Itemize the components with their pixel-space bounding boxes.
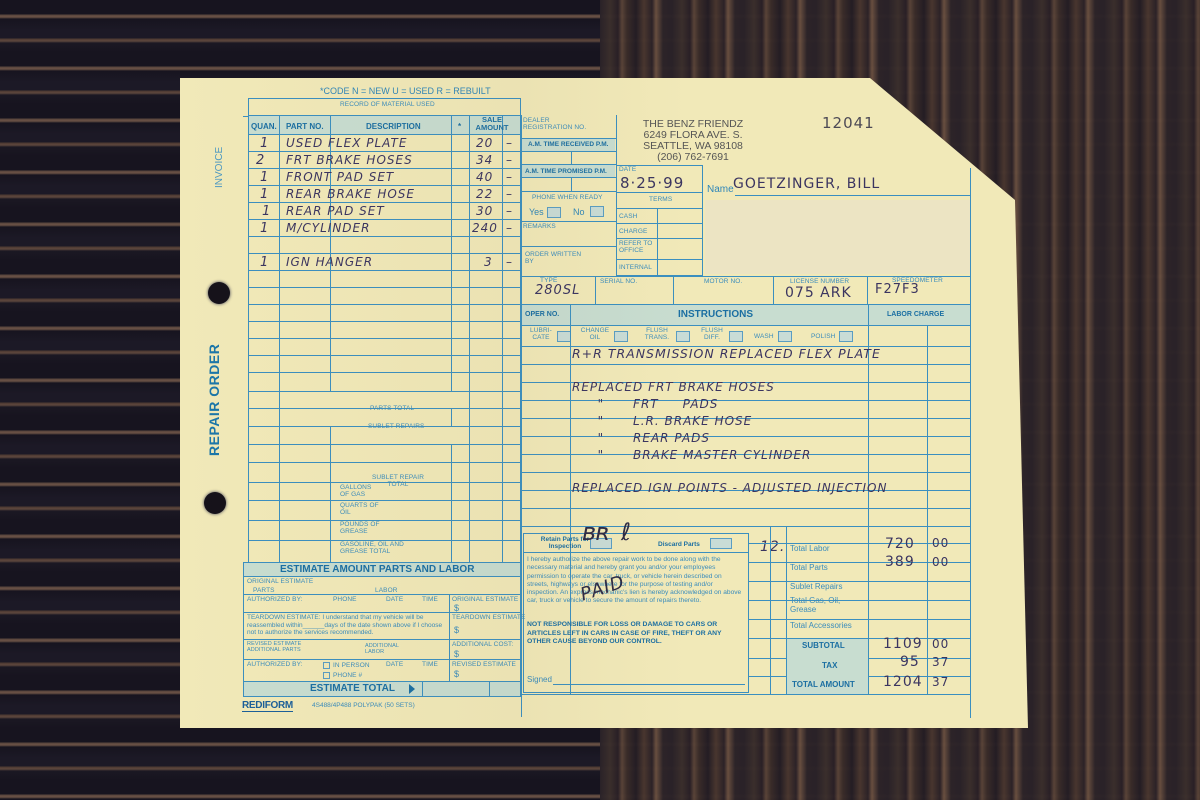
instruction-line: " REAR PADS (588, 431, 710, 445)
wash-checkbox[interactable] (778, 331, 792, 342)
punch-hole-bottom (204, 492, 226, 514)
in-person-checkbox[interactable] (323, 662, 330, 669)
no-label: No (573, 207, 585, 217)
subtotal-cents: 00 (932, 637, 949, 651)
revised-estimate-label: REVISED ESTIMATE ADDITIONAL PARTS (247, 642, 307, 654)
col-code: * (458, 122, 461, 131)
order-written-by-label: ORDER WRITTEN BY (525, 252, 585, 266)
name-label: Name (707, 184, 734, 195)
instruction-line: " FRT PADS (588, 397, 718, 411)
license-value: 075 ARK (785, 285, 852, 301)
form-code: 4S488/4P488 POLYPAK (50 SETS) (312, 702, 415, 709)
invoice-side-label: INVOICE (214, 147, 225, 188)
instruction-line: " L.R. BRAKE HOSE (588, 414, 752, 428)
lubricate-checkbox[interactable] (557, 331, 571, 342)
total-amount-cents: 37 (932, 675, 949, 689)
discard-parts-checkbox[interactable] (710, 538, 732, 549)
original-estimate-label: ORIGINAL ESTIMATE (247, 579, 313, 586)
instruction-line: REPLACED FRT BRAKE HOSES (572, 380, 775, 394)
additional-labor-label: ADDITIONAL LABOR (365, 644, 410, 656)
original-estimate-right-label: ORIGINAL ESTIMATE (452, 597, 518, 604)
type-value: 280SL (535, 283, 580, 298)
phone-label: PHONE (333, 597, 357, 604)
discard-parts-label: Discard Parts (658, 541, 700, 548)
dealer-registration-label: DEALER REGISTRATION NO. (523, 118, 593, 132)
subtotal-dollars: 1109 (883, 636, 923, 652)
total-labor-cents: 00 (932, 536, 949, 550)
punch-hole-top (208, 282, 230, 304)
pounds-grease-label: POUNDS OF GREASE (340, 522, 390, 536)
record-title: RECORD OF MATERIAL USED (340, 102, 435, 109)
total-gas-label: Total Gas, Oil, Grease (790, 596, 860, 614)
shop-info: THE BENZ FRIENDZ 6249 FLORA AVE. S. SEAT… (628, 119, 758, 163)
total-parts-cents: 00 (932, 555, 949, 569)
margin-note: 12. (760, 539, 785, 555)
charge-label: CHARGE (619, 229, 647, 236)
estimate-header: ESTIMATE AMOUNT PARTS AND LABOR (280, 564, 474, 575)
sublet-repairs-label: SUBLET REPAIRS (368, 424, 424, 431)
date-label: DATE (386, 597, 403, 604)
oper-no-label: OPER NO. (525, 311, 559, 318)
in-person-label: IN PERSON (333, 663, 370, 670)
total-labor-label: Total Labor (790, 544, 830, 554)
internal-label: INTERNAL (619, 265, 652, 272)
instruction-line: " BRAKE MASTER CYLINDER (588, 448, 811, 462)
polish-checkbox[interactable] (839, 331, 853, 342)
refer-to-office-label: REFER TO OFFICE (619, 241, 655, 255)
remarks-label: REMARKS (523, 224, 556, 231)
no-checkbox[interactable] (590, 206, 604, 217)
tax-dollars: 95 (900, 654, 920, 670)
total-amount-label: TOTAL AMOUNT (792, 680, 855, 689)
flush-diff-checkbox[interactable] (729, 331, 743, 342)
dollar-sign: $ (454, 670, 459, 679)
arrow-right-icon (409, 684, 415, 694)
customer-name: GOETZINGER, BILL (733, 176, 880, 192)
yes-label: Yes (529, 207, 544, 217)
change-oil-label: CHANGE OIL (580, 328, 610, 342)
flush-diff-label: FLUSH DIFF. (700, 328, 724, 342)
tax-label: TAX (822, 661, 837, 670)
flush-trans-label: FLUSH TRANS. (643, 328, 671, 342)
teardown-estimate-label: TEARDOWN ESTIMATE (452, 615, 525, 622)
polish-label: POLISH (811, 334, 835, 341)
date-label-2: DATE (386, 662, 403, 669)
total-amount-dollars: 1204 (883, 674, 923, 690)
terms-label: TERMS (649, 197, 672, 204)
dollar-sign: $ (454, 626, 459, 635)
total-accessories-label: Total Accessories (790, 621, 852, 631)
change-oil-checkbox[interactable] (614, 331, 628, 342)
flush-trans-checkbox[interactable] (676, 331, 690, 342)
teardown-text: TEARDOWN ESTIMATE: I understand that my … (247, 614, 447, 637)
col-quan: QUAN. (251, 122, 277, 131)
parts-total-label: PARTS TOTAL (370, 406, 414, 413)
instruction-line: REPLACED IGN POINTS - ADJUSTED INJECTION (572, 481, 887, 495)
col-part-no: PART NO. (286, 122, 324, 131)
labor-charge-header: LABOR CHARGE (887, 311, 944, 318)
date-value: 8·25·99 (620, 174, 684, 192)
gallons-gas-label: GALLONS OF GAS (340, 485, 380, 499)
wash-label: WASH (754, 334, 774, 341)
quarts-oil-label: QUARTS OF OIL (340, 503, 380, 517)
total-labor-dollars: 720 (885, 536, 915, 552)
redacted-address (705, 200, 970, 274)
tax-cents: 37 (932, 655, 949, 669)
date-field-label: DATE (619, 167, 636, 174)
col-sale-amount: SALE AMOUNT (473, 116, 511, 132)
time-label-2: TIME (422, 662, 438, 669)
speedometer-value: F27F3 (875, 282, 920, 297)
authorization-text: I hereby authorize the above repair work… (527, 556, 745, 606)
col-description: DESCRIPTION (366, 122, 421, 131)
lubricate-label: LUBRI-CATE (530, 328, 552, 342)
serial-label: SERIAL NO. (600, 279, 637, 286)
repair-order-side-label: REPAIR ORDER (206, 344, 222, 456)
shop-phone: (206) 762-7691 (628, 152, 758, 163)
repair-order-form: INVOICE REPAIR ORDER *CODE N = NEW U = U… (180, 78, 1028, 728)
time-promised-label: A.M. TIME PROMISED P.M. (525, 168, 607, 175)
additional-cost-label: ADDITIONAL COST: (452, 642, 513, 649)
code-legend: *CODE N = NEW U = USED R = REBUILT (320, 86, 491, 96)
total-parts-label: Total Parts (790, 563, 828, 573)
phone-checkbox[interactable] (323, 672, 330, 679)
estimate-total-label: ESTIMATE TOTAL (310, 683, 395, 694)
rediform-brand: REDIFORM (242, 700, 293, 712)
signed-label: Signed (527, 675, 552, 685)
time-received-label: A.M. TIME RECEIVED P.M. (528, 141, 608, 148)
cash-label: CASH (619, 214, 637, 221)
motor-label: MOTOR NO. (704, 279, 742, 286)
yes-checkbox[interactable] (547, 207, 561, 218)
order-number: 12041 (822, 114, 875, 132)
subtotal-label: SUBTOTAL (802, 641, 845, 650)
instruction-line: R+R TRANSMISSION REPLACED FLEX PLATE (572, 346, 881, 361)
disclaimer-text: NOT RESPONSIBLE FOR LOSS OR DAMAGE TO CA… (527, 621, 745, 647)
instructions-header: INSTRUCTIONS (678, 309, 753, 320)
signature: ʙʀ ℓ (582, 518, 632, 546)
revised-estimate-right-label: REVISED ESTIMATE (452, 662, 516, 669)
phone-when-ready-label: PHONE WHEN READY (532, 195, 603, 202)
authorized-by-label: AUTHORIZED BY: (247, 597, 303, 604)
gas-oil-grease-total-label: GASOLINE, OIL AND GREASE TOTAL (340, 542, 420, 556)
time-label: TIME (422, 597, 438, 604)
phone-hash-label: PHONE # (333, 673, 362, 680)
authorized-by-label-2: AUTHORIZED BY: (247, 662, 303, 669)
total-parts-dollars: 389 (885, 554, 915, 570)
sublet-repairs-total-label: Sublet Repairs (790, 582, 842, 592)
